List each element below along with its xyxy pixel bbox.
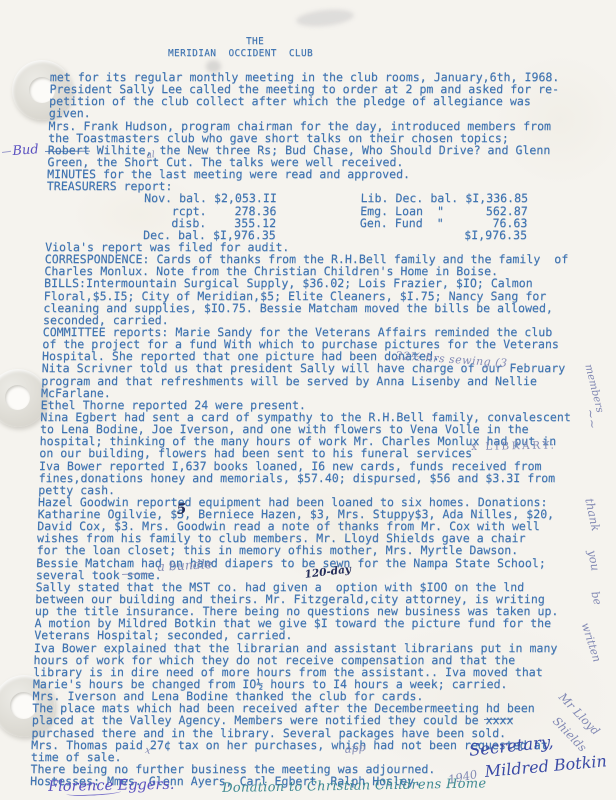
typed-line: rcpt. 278.36 Emg. Loan " 562.87	[46, 205, 577, 217]
typed-line: Floral,$5.I5; City of Meridian,$5; Elite…	[44, 290, 575, 302]
typed-line: given.	[49, 107, 580, 119]
handwritten-note-bud: Bud	[12, 142, 39, 159]
typed-line: fines,donations honey and memorials, $57…	[38, 472, 569, 484]
typed-line: Nov. bal. $2,053.II Lib. Dec. bal. $I,33…	[46, 192, 577, 204]
margin-note-thank: thank	[582, 497, 603, 532]
typed-line: cleaning and supplies, $IO.75. Bessie Ma…	[43, 302, 574, 314]
handwritten-overwrite-5: 5	[176, 501, 187, 518]
typed-line: Iva Bower explained that the librarian a…	[34, 642, 565, 654]
typed-line: Mrs. Frank Hudson, program chairman for …	[48, 120, 579, 132]
typed-line: for the loan closet; this in memory ofhi…	[36, 544, 567, 556]
typed-line: program and that refreshments will be se…	[41, 375, 572, 387]
handwritten-note-app: app	[344, 741, 366, 756]
typed-minutes-text: met for its regular monthly meeting in t…	[30, 71, 580, 787]
handwritten-donation-note: Donation to Christian Childrens Home	[222, 776, 487, 796]
handwritten-note-al: al	[146, 150, 155, 161]
page-title-club-name: MERIDIAN OCCIDENT CLUB	[168, 48, 313, 59]
typed-line: Bessie Matcham had on hand diapers to be…	[36, 557, 567, 569]
punch-hole-opening	[5, 385, 30, 410]
scanned-minutes-page: THE MERIDIAN OCCIDENT CLUB met for its r…	[0, 0, 616, 800]
typed-line: Iva Bower reported I,637 books loaned, I…	[39, 460, 570, 472]
margin-note-you: you	[585, 549, 602, 572]
typed-line: placed at the Valley Agency. Members wer…	[32, 714, 563, 726]
margin-dash	[2, 151, 11, 153]
handwritten-note-library: x LIBRARY:	[471, 440, 557, 453]
margin-scribble: ~~	[583, 408, 600, 430]
typed-line: disb. 355.12 Gen. Fund " 76.63	[46, 217, 577, 229]
margin-note-be: be	[588, 590, 604, 606]
handwritten-note-bundle: a bundle	[157, 556, 213, 574]
typed-line: petition of the club collect after which…	[49, 95, 580, 107]
handwritten-note-members: members	[582, 363, 606, 414]
pencil-smudge	[295, 7, 354, 29]
typed-line: purchased there and in the library. Seve…	[31, 727, 562, 739]
typed-line: BILLS:Intermountain Surgical Supply, $36…	[44, 277, 575, 289]
margin-note-written: written	[579, 621, 604, 664]
page-title-the: THE	[246, 36, 264, 47]
typed-line: Veterans Hospital; seconded, carried.	[34, 629, 565, 641]
typed-line: McFarlane.	[41, 387, 572, 399]
